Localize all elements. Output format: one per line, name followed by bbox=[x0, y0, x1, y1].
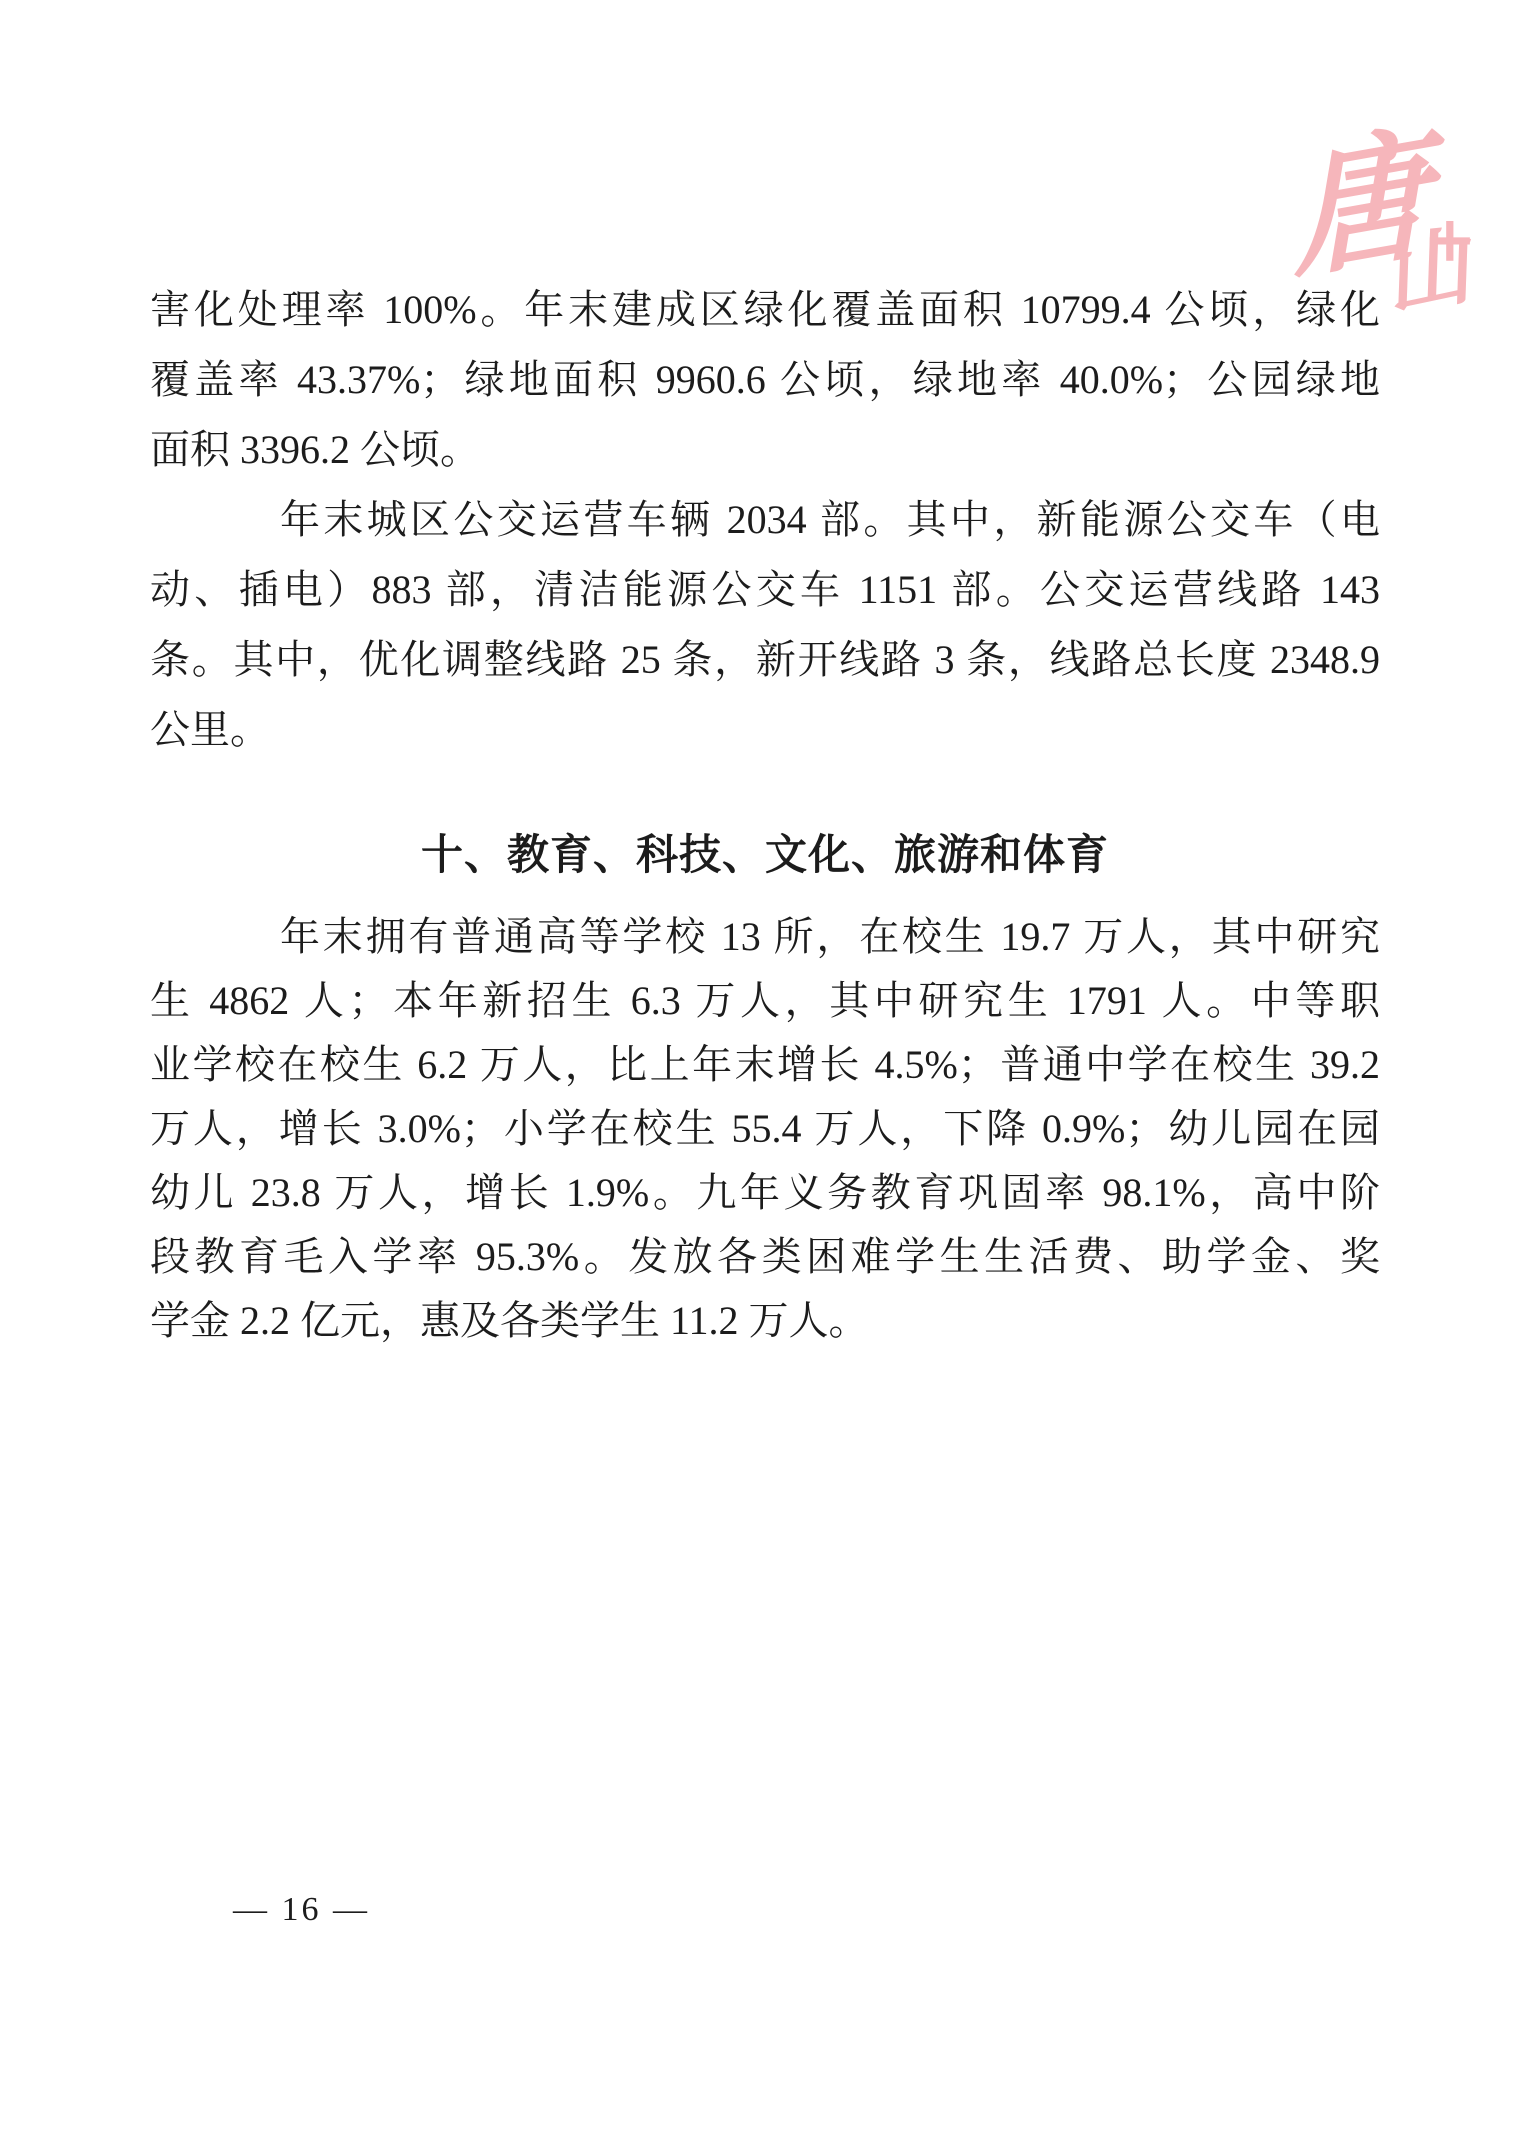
text-line: 生 4862 人；本年新招生 6.3 万人，其中研究生 1791 人。中等职 bbox=[150, 969, 1380, 1033]
text-line: 害化处理率 100%。年末建成区绿化覆盖面积 10799.4 公顷，绿化 bbox=[150, 275, 1380, 345]
section-before-heading: 害化处理率 100%。年末建成区绿化覆盖面积 10799.4 公顷，绿化覆盖率 … bbox=[150, 275, 1380, 765]
page-number: — 16 — bbox=[233, 1890, 370, 1930]
text-line: 公里。 bbox=[150, 695, 1380, 765]
text-line: 业学校在校生 6.2 万人，比上年末增长 4.5%；普通中学在校生 39.2 bbox=[150, 1033, 1380, 1097]
text-line: 幼儿 23.8 万人，增长 1.9%。九年义务教育巩固率 98.1%，高中阶 bbox=[150, 1161, 1380, 1225]
paragraph: 年末城区公交运营车辆 2034 部。其中，新能源公交车（电动、插电）883 部，… bbox=[150, 485, 1380, 765]
document-body: 害化处理率 100%。年末建成区绿化覆盖面积 10799.4 公顷，绿化覆盖率 … bbox=[150, 275, 1380, 1353]
text-line: 条。其中，优化调整线路 25 条，新开线路 3 条，线路总长度 2348.9 bbox=[150, 625, 1380, 695]
paragraph: 年末拥有普通高等学校 13 所，在校生 19.7 万人，其中研究生 4862 人… bbox=[150, 905, 1380, 1353]
text-line: 段教育毛入学率 95.3%。发放各类困难学生生活费、助学金、奖 bbox=[150, 1225, 1380, 1289]
text-line: 万人，增长 3.0%；小学在校生 55.4 万人，下降 0.9%；幼儿园在园 bbox=[150, 1097, 1380, 1161]
text-line: 年末城区公交运营车辆 2034 部。其中，新能源公交车（电 bbox=[150, 485, 1380, 555]
text-line: 覆盖率 43.37%；绿地面积 9960.6 公顷，绿地率 40.0%；公园绿地 bbox=[150, 345, 1380, 415]
logo-plus-sign: + bbox=[1423, 208, 1477, 272]
paragraph: 害化处理率 100%。年末建成区绿化覆盖面积 10799.4 公顷，绿化覆盖率 … bbox=[150, 275, 1380, 485]
section-heading: 十、教育、科技、文化、旅游和体育 bbox=[150, 820, 1380, 890]
logo-char-tang: 唐 bbox=[1286, 123, 1434, 288]
section-after-heading: 年末拥有普通高等学校 13 所，在校生 19.7 万人，其中研究生 4862 人… bbox=[150, 905, 1380, 1353]
text-line: 学金 2.2 亿元，惠及各类学生 11.2 万人。 bbox=[150, 1289, 1380, 1353]
text-line: 面积 3396.2 公顷。 bbox=[150, 415, 1380, 485]
text-line: 动、插电）883 部，清洁能源公交车 1151 部。公交运营线路 143 bbox=[150, 555, 1380, 625]
logo-char-shan: 山 bbox=[1375, 222, 1477, 324]
text-line: 年末拥有普通高等学校 13 所，在校生 19.7 万人，其中研究 bbox=[150, 905, 1380, 969]
